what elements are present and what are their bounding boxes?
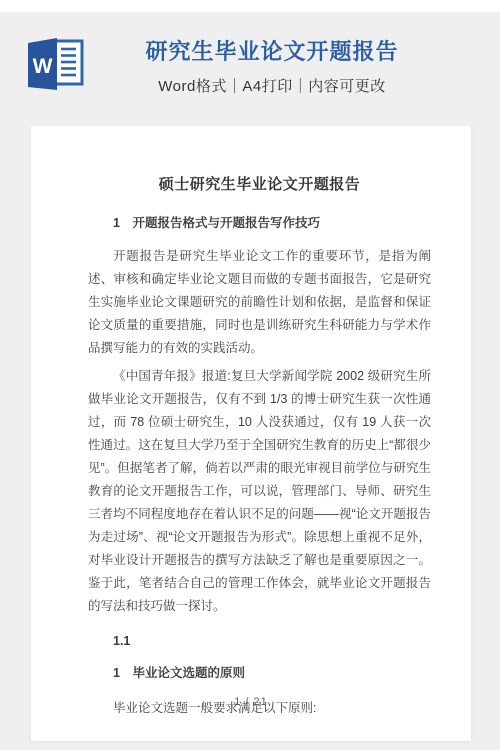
document-page-preview: 硕士研究生毕业论文开题报告 1 开题报告格式与开题报告写作技巧 开题报告是研究生… xyxy=(31,126,471,741)
header-text-block: 研究生毕业论文开题报告 Word格式｜A4打印｜内容可更改 xyxy=(44,40,500,96)
section-heading: 1 毕业论文选题的原则 xyxy=(88,662,431,685)
header: W 研究生毕业论文开题报告 Word格式｜A4打印｜内容可更改 xyxy=(0,12,500,122)
section-heading: 1 开题报告格式与开题报告写作技巧 xyxy=(88,212,431,235)
document-title: 硕士研究生毕业论文开题报告 xyxy=(88,174,431,196)
page-title: 研究生毕业论文开题报告 xyxy=(44,40,500,64)
paragraph: 《中国青年报》报道:复旦大学新闻学院 2002 级研究生所做毕业论文开题报告，仅… xyxy=(88,365,431,618)
format-subtitle: Word格式｜A4打印｜内容可更改 xyxy=(44,75,500,96)
page-number: 1 / 21 xyxy=(31,696,471,708)
top-white-strip xyxy=(0,0,500,12)
section-heading: 1.1 xyxy=(88,630,431,653)
paragraph: 开题报告是研究生毕业论文工作的重要环节，是指为阐述、审核和确定毕业论文题目而做的… xyxy=(88,245,431,360)
